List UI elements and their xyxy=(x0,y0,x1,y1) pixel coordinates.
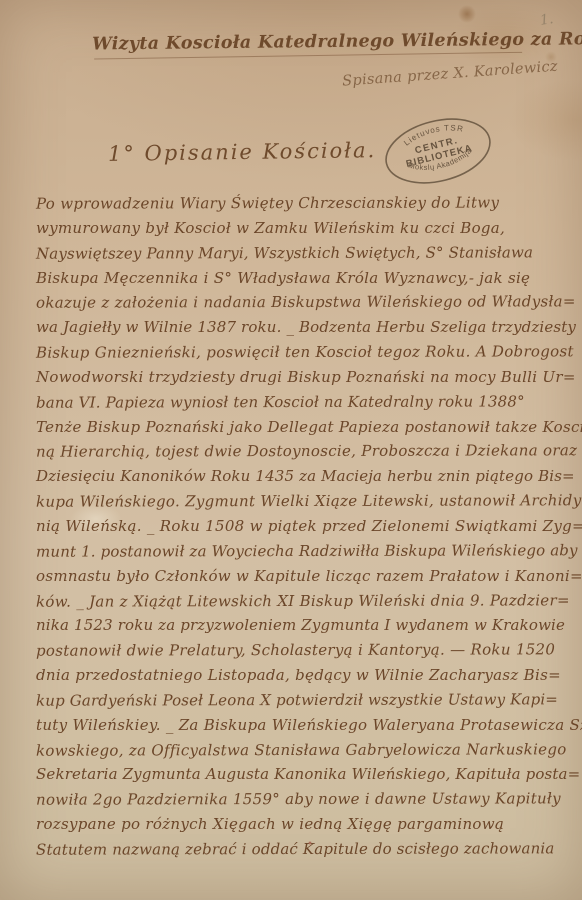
text-line: dnia przedostatniego Listopada, będący w… xyxy=(36,663,550,688)
page-number: 1. xyxy=(539,11,554,29)
text-line: ną Hierarchią, tojest dwie Dostoynoscie,… xyxy=(36,439,550,465)
library-stamp: Lietuvos TSR CENTR. BIBLIOTEKA Mokslų Ak… xyxy=(376,105,501,196)
text-line: Po wprowadzeniu Wiary Świętey Chrzescian… xyxy=(36,190,550,216)
document-subtitle: Spisana przez X. Karolewicz xyxy=(342,58,563,89)
text-line: tuty Wileńskiey. _ Za Biskupa Wileńskieg… xyxy=(36,713,550,738)
text-line: ków. _ Jan z Xiążąt Litewskich XI Biskup… xyxy=(36,588,550,614)
text-line: nią Wileńską. _ Roku 1508 w piątek przed… xyxy=(36,514,550,539)
text-line: postanowił dwie Prelatury, Scholasteryą … xyxy=(36,638,550,664)
text-line: wymurowany był Koscioł w Zamku Wileńskim… xyxy=(36,216,550,241)
text-line: munt 1. postanowił za Woyciecha Radziwił… xyxy=(36,538,550,564)
text-line: bana VI. Papieza wyniosł ten Koscioł na … xyxy=(36,389,550,415)
text-line: rozsypane po różnych Xięgach w iedną Xię… xyxy=(36,812,550,837)
text-line: Nayswiętszey Panny Maryi, Wszystkich Swi… xyxy=(36,240,550,266)
body-text: Po wprowadzeniu Wiary Świętey Chrzescian… xyxy=(36,191,550,862)
text-line: osmnastu było Członków w Kapitule licząc… xyxy=(36,564,550,589)
manuscript-page: 1. Wizyta Koscioła Katedralnego Wileński… xyxy=(0,0,582,900)
text-line: Biskup Gnieznieński, poswięcił ten Kosci… xyxy=(36,339,550,365)
text-line: Statutem nazwaną zebrać i oddać Kapitule… xyxy=(36,836,550,862)
text-line: nowiła 2go Pazdziernika 1559° aby nowe i… xyxy=(36,787,550,813)
text-line: wa Jagiełły w Wilnie 1387 roku. _ Bodzen… xyxy=(36,315,550,340)
document-title: Wizyta Koscioła Katedralnego Wileńskiego… xyxy=(92,30,562,55)
text-line: Nowodworski trzydziesty drugi Biskup Poz… xyxy=(36,365,550,390)
text-line: Biskupa Męczennika i S° Władysława Króla… xyxy=(36,266,550,291)
library-stamp-icon: Lietuvos TSR CENTR. BIBLIOTEKA Mokslų Ak… xyxy=(376,105,501,196)
text-line: kupa Wileńskiego. Zygmunt Wielki Xiąze L… xyxy=(36,488,550,514)
text-line: Dziesięciu Kanoników Roku 1435 za Maciej… xyxy=(36,464,550,489)
section-heading: 1° Opisanie Kościoła. xyxy=(108,138,377,166)
text-line: okazuje z założenia i nadania Biskupstwa… xyxy=(36,290,550,316)
text-line: nika 1523 roku za przyzwoleniem Zygmunta… xyxy=(36,613,550,638)
text-line: Sekretaria Zygmunta Augusta Kanonika Wil… xyxy=(36,762,550,787)
text-line: kowskiego, za Officyalstwa Stanisława Ga… xyxy=(36,737,550,763)
text-line: Tenże Biskup Poznański jako Dellegat Pap… xyxy=(36,415,550,440)
text-line: kup Gardyeński Poseł Leona X potwierdził… xyxy=(36,687,550,713)
